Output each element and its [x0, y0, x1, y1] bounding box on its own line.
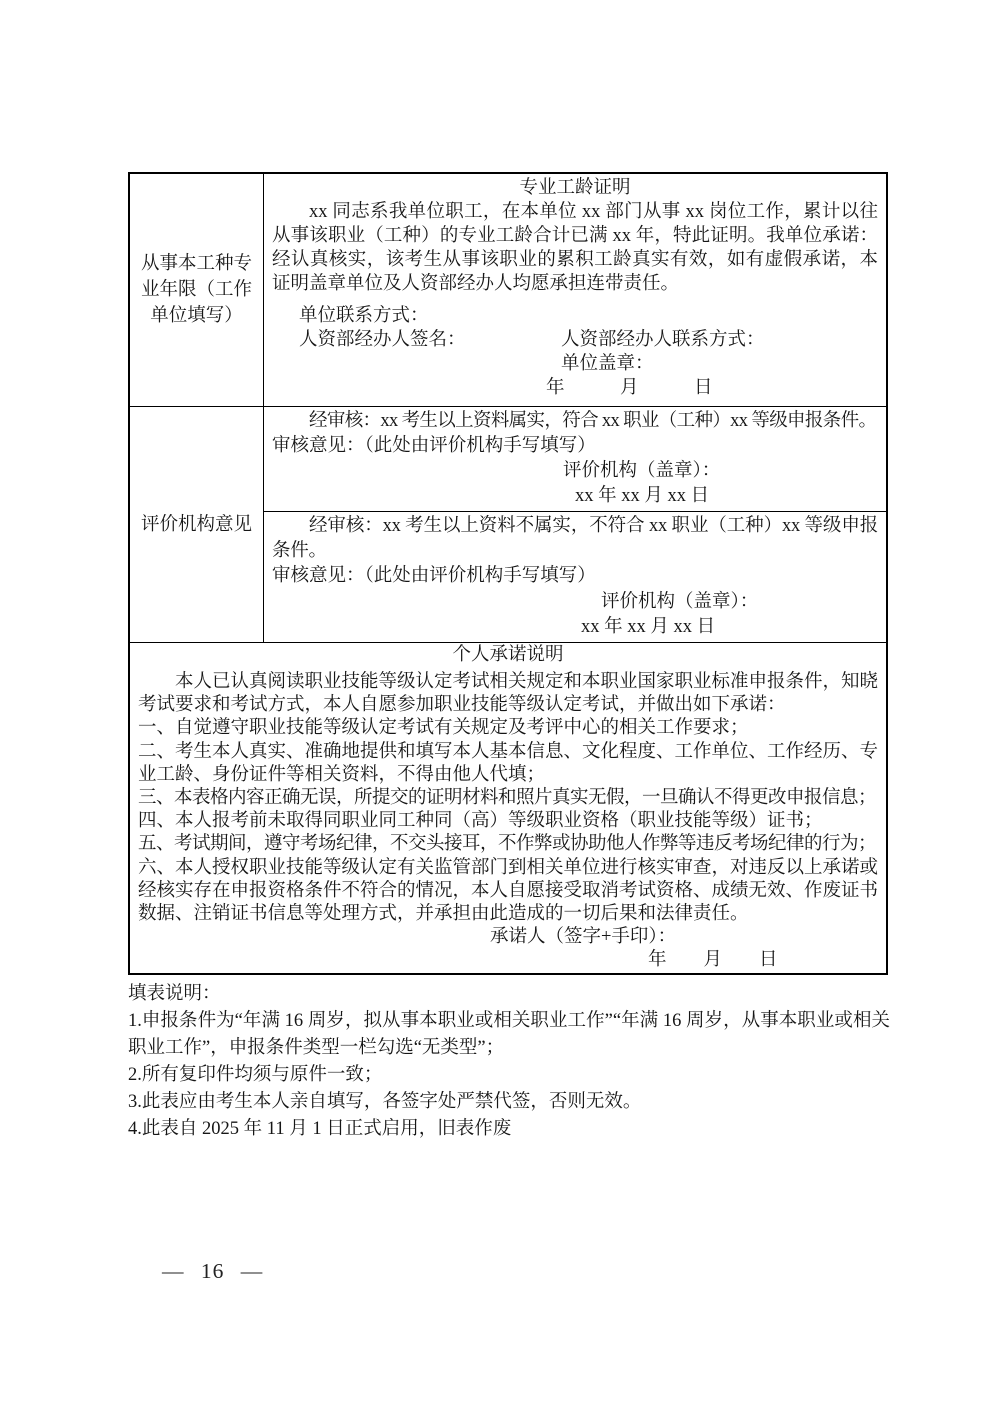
evaluation-cells: 经审核：xx 考生以上资料属实，符合 xx 职业（工种）xx 等级申报条件。 审… — [264, 407, 886, 642]
evaluation-row-label-cell: 评价机构意见 — [130, 407, 264, 642]
fail-opinion-line: 审核意见：（此处由评价机构手写填写） — [272, 564, 878, 589]
hr-contact-label: 人资部经办人联系方式： — [561, 328, 765, 352]
instruction-item-4: 4.此表自 2025 年 11 月 1 日正式启用，旧表作废 — [128, 1116, 890, 1143]
instruction-item-2: 2.所有复印件均须与原件一致； — [128, 1062, 890, 1089]
fail-review-line: 经审核：xx 考生以上资料不属实，不符合 xx 职业（工种）xx 等级申报条件。 — [272, 514, 878, 564]
commitment-item-1: 一、自觉遵守职业技能等级认定考试有关规定及考评中心的相关工作要求； — [138, 717, 878, 740]
commitment-item-2: 二、考生本人真实、准确地提供和填写本人基本信息、文化程度、工作单位、工作经历、专… — [138, 741, 878, 787]
instruction-item-3: 3.此表应由考生本人亲自填写，各签字处严禁代签，否则无效。 — [128, 1089, 890, 1116]
pass-review-line: 经审核：xx 考生以上资料属实，符合 xx 职业（工种）xx 等级申报条件。 — [272, 409, 878, 434]
personal-commitment-row: 个人承诺说明 本人已认真阅读职业技能等级认定考试相关规定和本职业国家职业标准申报… — [130, 642, 886, 973]
pass-opinion-line: 审核意见：（此处由评价机构手写填写） — [272, 434, 878, 459]
hr-signature-label: 人资部经办人签名： — [272, 330, 466, 350]
commitment-date-blank-line: 年 月 日 — [138, 949, 878, 972]
page-number: — 16 — — [162, 1259, 263, 1284]
filling-instructions-title: 填表说明： — [128, 981, 890, 1008]
document-page: 从事本工种专业年限（工作单位填写） 专业工龄证明 xx 同志系我单位职工，在本单… — [0, 0, 993, 1404]
work-years-certificate-cell: 专业工龄证明 xx 同志系我单位职工，在本单位 xx 部门从事 xx 岗位工作，… — [264, 174, 886, 406]
evaluation-opinion-row: 评价机构意见 经审核：xx 考生以上资料属实，符合 xx 职业（工种）xx 等级… — [130, 406, 886, 642]
fail-seal-line: 评价机构（盖章）： — [272, 590, 878, 615]
work-years-row: 从事本工种专业年限（工作单位填写） 专业工龄证明 xx 同志系我单位职工，在本单… — [130, 174, 886, 406]
certificate-title: 专业工龄证明 — [272, 176, 878, 200]
unit-date-blank-line: 年 月 日 — [272, 376, 878, 400]
filling-instructions: 填表说明： 1.申报条件为“年满 16 周岁，拟从事本职业或相关职业工作”“年满… — [128, 981, 890, 1143]
unit-contact-line: 单位联系方式： — [272, 304, 878, 328]
work-years-row-label: 从事本工种专业年限（工作单位填写） — [137, 251, 256, 329]
commitment-item-3: 三、本表格内容正确无误，所提交的证明材料和照片真实无假，一旦确认不得更改申报信息… — [138, 787, 878, 810]
pass-seal-line: 评价机构（盖章）： — [272, 459, 878, 484]
personal-commitment-cell: 个人承诺说明 本人已认真阅读职业技能等级认定考试相关规定和本职业国家职业标准申报… — [130, 643, 886, 973]
work-years-row-label-cell: 从事本工种专业年限（工作单位填写） — [130, 174, 264, 406]
application-form-table: 从事本工种专业年限（工作单位填写） 专业工龄证明 xx 同志系我单位职工，在本单… — [128, 172, 888, 975]
certificate-body: xx 同志系我单位职工，在本单位 xx 部门从事 xx 岗位工作，累计以往从事该… — [272, 200, 878, 296]
instruction-item-1: 1.申报条件为“年满 16 周岁，拟从事本职业或相关职业工作”“年满 16 周岁… — [128, 1008, 890, 1062]
commitment-signer-line: 承诺人（签字+手印）： — [138, 926, 878, 949]
evaluation-row-label: 评价机构意见 — [141, 512, 252, 538]
unit-seal-line: 单位盖章： — [272, 352, 878, 376]
commitment-item-4: 四、本人报考前未取得同职业同工种同（高）等级职业资格（职业技能等级）证书； — [138, 810, 878, 833]
commitment-item-6: 六、本人授权职业技能等级认定有关监管部门到相关单位进行核实审查，对违反以上承诺或… — [138, 857, 878, 927]
evaluation-pass-section: 经审核：xx 考生以上资料属实，符合 xx 职业（工种）xx 等级申报条件。 审… — [264, 407, 886, 511]
fail-date-line: xx 年 xx 月 xx 日 — [272, 615, 878, 640]
commitment-title: 个人承诺说明 — [138, 643, 878, 667]
hr-line: 人资部经办人签名： 人资部经办人联系方式： — [272, 328, 878, 352]
evaluation-fail-section: 经审核：xx 考生以上资料不属实，不符合 xx 职业（工种）xx 等级申报条件。… — [264, 511, 886, 642]
commitment-intro: 本人已认真阅读职业技能等级认定考试相关规定和本职业国家职业标准申报条件，知晓考试… — [138, 671, 878, 717]
pass-date-line: xx 年 xx 月 xx 日 — [272, 484, 878, 509]
commitment-item-5: 五、考试期间，遵守考场纪律，不交头接耳，不作弊或协助他人作弊等违反考场纪律的行为… — [138, 833, 878, 856]
